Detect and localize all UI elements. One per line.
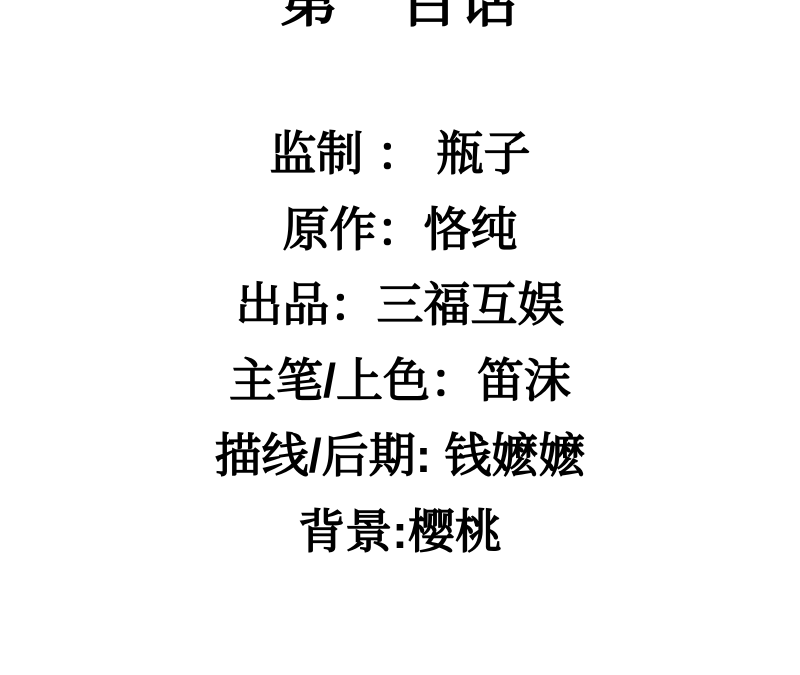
chapter-title: 第一百话 [0, 0, 800, 31]
credit-line-producer: 出品：三福互娱 [0, 267, 800, 343]
credit-line-original-author: 原作：恪纯 [0, 192, 800, 268]
credits-block: 监制 ： 瓶子 原作：恪纯 出品：三福互娱 主笔/上色：笛沫 描线/后期: 钱嬷… [0, 116, 800, 569]
credit-line-background-artist: 背景:樱桃 [0, 494, 800, 570]
comic-credits-page: 第一百话 监制 ： 瓶子 原作：恪纯 出品：三福互娱 主笔/上色：笛沫 描线/后… [0, 0, 800, 675]
credit-line-lineart-postproduction: 描线/后期: 钱嬷嬷 [0, 418, 800, 494]
credit-line-supervisor: 监制 ： 瓶子 [0, 116, 800, 192]
credit-line-lead-artist-colorist: 主笔/上色：笛沫 [0, 343, 800, 419]
